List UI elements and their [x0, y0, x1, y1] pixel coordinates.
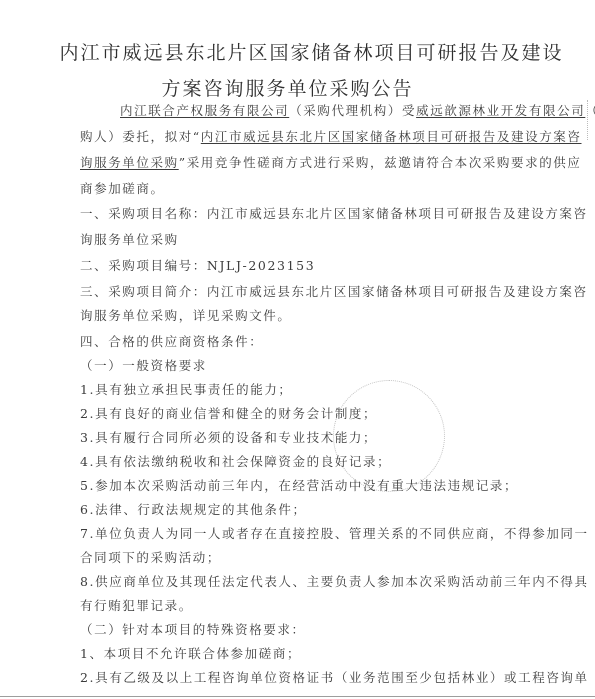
general-req-8: 8.供应商单位及其现任法定代表人、主要负责人参加本次采购活动前三年内不得具: [80, 572, 589, 590]
document-page: 内江市威远县东北片区国家储备林项目可研报告及建设 方案咨询服务单位采购公告 内江…: [0, 0, 595, 699]
section-2-project-number: 二、采购项目编号：NJLJ-2023153: [80, 256, 315, 274]
document-title-line2: 方案咨询服务单位采购公告: [0, 74, 585, 101]
section-4-heading: 四、合格的供应商资格条件：: [80, 332, 263, 350]
general-req-2: 2.具有良好的商业信誉和健全的财务会计制度；: [80, 404, 377, 422]
intro-paragraph-line4: 商参加磋商。: [80, 179, 165, 197]
faded-seal-stamp: [333, 380, 445, 492]
section-3-project-summary-cont: 询服务单位采购，详见采购文件。: [80, 306, 292, 324]
section-1-project-name: 一、采购项目名称：内江市威远县东北片区国家储备林项目可研报告及建设方案咨: [80, 204, 588, 222]
general-req-8-cont: 有行贿犯罪记录。: [80, 596, 193, 614]
special-requirements-heading: （二）针对本项目的特殊资格要求：: [80, 620, 306, 638]
page-bottom-edge: [0, 696, 595, 697]
general-req-6: 6.法律、行政法规规定的其他条件；: [80, 500, 307, 518]
special-req-1: 1、本项目不允许联合体参加磋商；: [80, 644, 301, 662]
intro-paragraph-line1: 内江联合产权服务有限公司（采购代理机构）受威远歆源林业开发有限公司（采: [120, 101, 595, 119]
intro-paragraph-line2: 购人）委托，拟对“内江市威远县东北片区国家储备林项目可研报告及建设方案咨: [80, 127, 582, 145]
intro-paragraph-line3: 询服务单位采购”采用竞争性磋商方式进行采购，兹邀请符合本次采购要求的供应: [80, 153, 582, 171]
agent-name: 内江联合产权服务有限公司: [120, 103, 289, 118]
general-req-7-cont: 合同项下的采购活动；: [80, 548, 221, 566]
special-req-2: 2.具有乙级及以上工程咨询单位资格证书（业务范围至少包括林业）或工程咨询单: [80, 668, 589, 686]
section-3-project-summary: 三、采购项目简介：内江市威远县东北片区国家储备林项目可研报告及建设方案咨: [80, 282, 588, 300]
project-name-underlined: 内江市威远县东北片区国家储备林项目可研报告及建设方案咨: [201, 129, 582, 144]
document-title-line1: 内江市威远县东北片区国家储备林项目可研报告及建设: [14, 38, 595, 65]
purchaser-name: 威远歆源林业开发有限公司: [416, 103, 585, 118]
section-1-project-name-cont: 询服务单位采购: [80, 230, 179, 248]
scan-artifact: [587, 100, 589, 140]
general-req-7: 7.单位负责人为同一人或者存在直接控股、管理关系的不同供应商，不得参加同一: [80, 524, 589, 542]
general-req-1: 1.具有独立承担民事责任的能力；: [80, 380, 293, 398]
general-requirements-heading: （一）一般资格要求: [80, 356, 207, 374]
general-req-5: 5.参加本次采购活动前三年内，在经营活动中没有重大违法违规记录；: [80, 476, 518, 494]
